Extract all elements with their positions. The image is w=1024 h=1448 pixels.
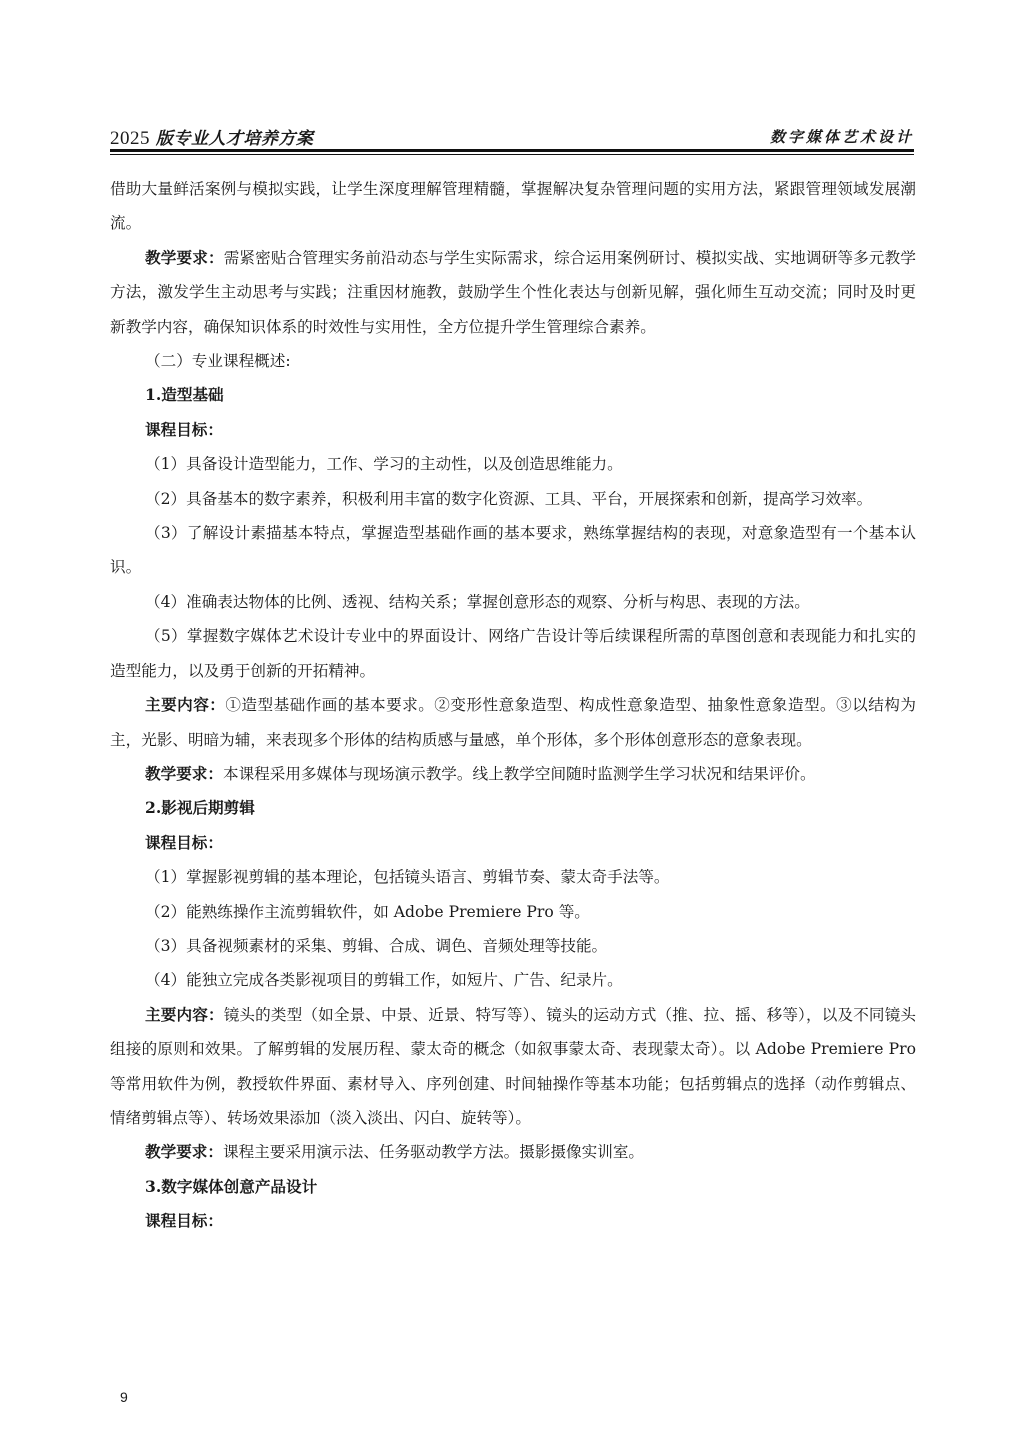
course-title: 1.造型基础	[110, 378, 916, 412]
label: 主要内容：	[145, 695, 225, 714]
course-main-content: 主要内容：①造型基础作画的基本要求。②变形性意象造型、构成性意象造型、抽象性意象…	[110, 688, 916, 757]
header-rule-thick	[110, 149, 914, 152]
label: 主要内容：	[145, 1005, 224, 1024]
section-heading: （二）专业课程概述:	[110, 344, 916, 378]
label: 教学要求：	[145, 248, 224, 267]
text: ①造型基础作画的基本要求。②变形性意象造型、构成性意象造型、抽象性意象造型。③以…	[110, 696, 916, 748]
goal-item: （4）能独立完成各类影视项目的剪辑工作，如短片、广告、纪录片。	[110, 963, 916, 997]
goal-item: （3）了解设计素描基本特点，掌握造型基础作画的基本要求，熟练掌握结构的表现，对意…	[110, 516, 916, 585]
text: 需紧密贴合管理实务前沿动态与学生实际需求，综合运用案例研讨、模拟实战、实地调研等…	[110, 249, 916, 336]
goal-item: （2）能熟练操作主流剪辑软件，如 Adobe Premiere Pro 等。	[110, 895, 916, 929]
label: 教学要求：	[145, 764, 223, 783]
course-teaching-requirement: 教学要求：课程主要采用演示法、任务驱动教学方法。摄影摄像实训室。	[110, 1135, 916, 1169]
header-left-title: 2025 版专业人才培养方案	[110, 124, 313, 150]
goal-item: （2）具备基本的数字素养，积极利用丰富的数字化资源、工具、平台，开展探索和创新，…	[110, 482, 916, 516]
header-program-title: 版专业人才培养方案	[156, 129, 314, 149]
goal-item: （1）掌握影视剪辑的基本理论，包括镜头语言、剪辑节奏、蒙太奇手法等。	[110, 860, 916, 894]
page-header: 2025 版专业人才培养方案 数字媒体艺术设计	[110, 124, 914, 148]
intro-teaching-requirement: 教学要求：需紧密贴合管理实务前沿动态与学生实际需求，综合运用案例研讨、模拟实战、…	[110, 241, 916, 344]
goal-item: （5）掌握数字媒体艺术设计专业中的界面设计、网络广告设计等后续课程所需的草图创意…	[110, 619, 916, 688]
course-title: 3.数字媒体创意产品设计	[110, 1170, 916, 1204]
goal-item: （3）具备视频素材的采集、剪辑、合成、调色、音频处理等技能。	[110, 929, 916, 963]
course-goals-label: 课程目标：	[110, 413, 916, 447]
page-number: 9	[120, 1389, 128, 1405]
course-goals-label: 课程目标：	[110, 826, 916, 860]
course-teaching-requirement: 教学要求：本课程采用多媒体与现场演示教学。线上教学空间随时监测学生学习状况和结果…	[110, 757, 916, 791]
course-main-content: 主要内容：镜头的类型（如全景、中景、近景、特写等）、镜头的运动方式（推、拉、摇、…	[110, 998, 916, 1136]
header-major-title: 数字媒体艺术设计	[770, 126, 914, 147]
goal-item: （4）准确表达物体的比例、透视、结构关系；掌握创意形态的观察、分析与构思、表现的…	[110, 585, 916, 619]
course-title: 2.影视后期剪辑	[110, 791, 916, 825]
header-rule-thin	[110, 154, 914, 155]
text: 本课程采用多媒体与现场演示教学。线上教学空间随时监测学生学习状况和结果评价。	[223, 765, 816, 783]
intro-continuation: 借助大量鲜活案例与模拟实践，让学生深度理解管理精髓，掌握解决复杂管理问题的实用方…	[110, 172, 916, 241]
text: 课程主要采用演示法、任务驱动教学方法。摄影摄像实训室。	[223, 1143, 644, 1161]
course-goals-label: 课程目标：	[110, 1204, 916, 1238]
label: 教学要求：	[145, 1142, 223, 1161]
header-year: 2025	[110, 128, 150, 149]
goal-item: （1）具备设计造型能力，工作、学习的主动性，以及创造思维能力。	[110, 447, 916, 481]
text: 镜头的类型（如全景、中景、近景、特写等）、镜头的运动方式（推、拉、摇、移等），以…	[110, 1006, 916, 1127]
document-body: 借助大量鲜活案例与模拟实践，让学生深度理解管理精髓，掌握解决复杂管理问题的实用方…	[110, 172, 916, 1239]
